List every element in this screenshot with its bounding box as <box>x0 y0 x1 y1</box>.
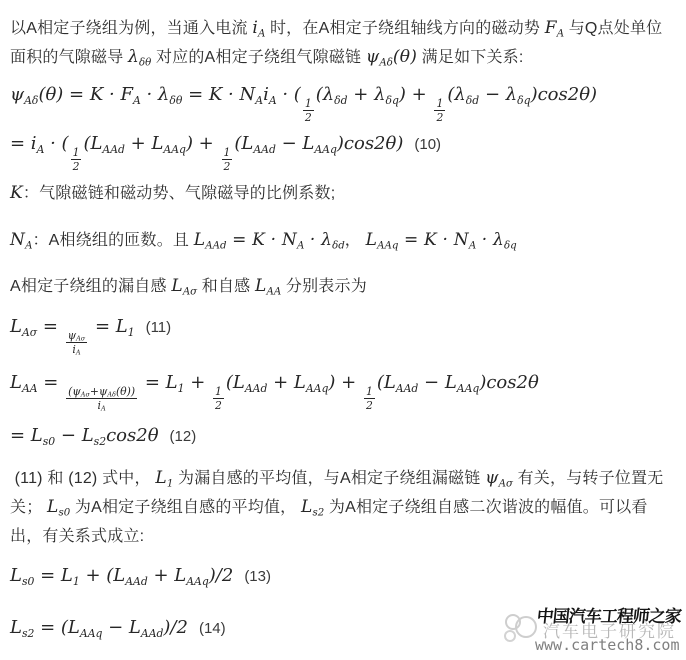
math-run: FA <box>545 18 564 38</box>
math-run: LAAd = K · NA · λδd <box>194 230 345 250</box>
math-run: iA <box>252 18 265 38</box>
definition-na: NA：A相绕组的匝数。且 LAAd = K · NA · λδd， LAAq =… <box>10 226 676 255</box>
math-run: LAA <box>255 276 281 296</box>
equation-11: LAσ = ψAσiA = L1(11) <box>10 316 682 356</box>
equation-number: (11) <box>146 319 172 336</box>
text-run: ：A相绕组的匝数。且 <box>32 232 193 249</box>
text-run: 为A相定子绕组自感的平均值， <box>70 499 301 516</box>
math-run: NA <box>10 230 32 250</box>
equation-number: (14) <box>199 620 226 637</box>
math-run: LAAq = K · NA · λδq <box>366 230 517 250</box>
math-run: LAA = (ψAσ+ψAδ(θ))iA = L1 + 12(LAAd + LA… <box>10 372 539 393</box>
math-run: λδθ <box>128 47 151 67</box>
site-watermark: 中国汽车工程师之家 汽车电子研究院 www.cartech8.com <box>502 596 686 660</box>
paragraph-inductance: A相定子绕组的漏自感 LAσ 和自感 LAA 分别表示为 <box>10 272 676 301</box>
equation-12-line1: LAA = (ψAσ+ψAδ(θ))iA = L1 + 12(LAAd + LA… <box>10 372 682 412</box>
text-run: 满足如下关系: <box>417 49 524 66</box>
equation-12-line2: = Ls0 − Ls2cos2θ(12) <box>10 425 682 447</box>
equation-10-line1: ψAδ(θ) = K · FA · λδθ = K · NAiA · (12(λ… <box>10 84 682 124</box>
text-run: 对应的A相定子绕组气隙磁链 <box>151 49 366 66</box>
math-run: LAσ <box>171 276 197 296</box>
text-run: 时，在A相定子绕组轴线方向的磁动势 <box>265 20 544 37</box>
text-run: ， <box>345 232 366 249</box>
text-run: A相定子绕组的漏自感 <box>10 278 171 295</box>
math-run: Ls0 <box>47 497 70 517</box>
paragraph-discussion: (11) 和 (12) 式中， L1 为漏自感的平均值，与A相定子绕组漏磁链 ψ… <box>10 464 676 551</box>
equation-10-line2: = iA · (12(LAAd + LAAq) + 12(LAAd − LAAq… <box>10 133 682 173</box>
text-run: (11) 和 (12) 式中， <box>10 470 155 487</box>
definition-k: K：气隙磁链和磁动势、气隙磁导的比例系数; <box>10 179 676 208</box>
paragraph-intro: 以A相定子绕组为例，当通入电流 iA 时，在A相定子绕组轴线方向的磁动势 FA … <box>10 14 676 72</box>
text-run: 为漏自感的平均值，与A相定子绕组漏磁链 <box>173 470 485 487</box>
math-run: = Ls0 − Ls2cos2θ <box>10 425 159 446</box>
watermark-title: 中国汽车工程师之家 <box>536 602 683 627</box>
math-run: Ls2 <box>301 497 324 517</box>
math-run: K <box>10 183 23 203</box>
equation-13: Ls0 = L1 + (LAAd + LAAq)/2(13) <box>10 565 682 587</box>
math-run: Ls2 = (LAAq − LAAd)/2 <box>10 617 188 638</box>
watermark-url: www.cartech8.com <box>535 636 680 654</box>
equation-number: (13) <box>244 568 271 585</box>
text-run: 分别表示为 <box>281 278 367 295</box>
equation-number: (10) <box>414 136 441 153</box>
math-run: ψAσ <box>485 468 513 488</box>
math-run: L1 <box>155 468 173 488</box>
math-run: ψAδ(θ) = K · FA · λδθ = K · NAiA · (12(λ… <box>10 84 597 105</box>
math-run: Ls0 = L1 + (LAAd + LAAq)/2 <box>10 565 233 586</box>
math-run: = iA · (12(LAAd + LAAq) + 12(LAAd − LAAq… <box>10 133 403 154</box>
article-page: 以A相定子绕组为例，当通入电流 iA 时，在A相定子绕组轴线方向的磁动势 FA … <box>0 0 686 660</box>
text-run: 和自感 <box>197 278 255 295</box>
text-run: 以A相定子绕组为例，当通入电流 <box>10 20 252 37</box>
math-run: ψAδ(θ) <box>366 47 417 67</box>
math-run: LAσ = ψAσiA = L1 <box>10 316 135 337</box>
equation-number: (12) <box>170 428 197 445</box>
text-run: ：气隙磁链和磁动势、气隙磁导的比例系数; <box>23 185 335 202</box>
